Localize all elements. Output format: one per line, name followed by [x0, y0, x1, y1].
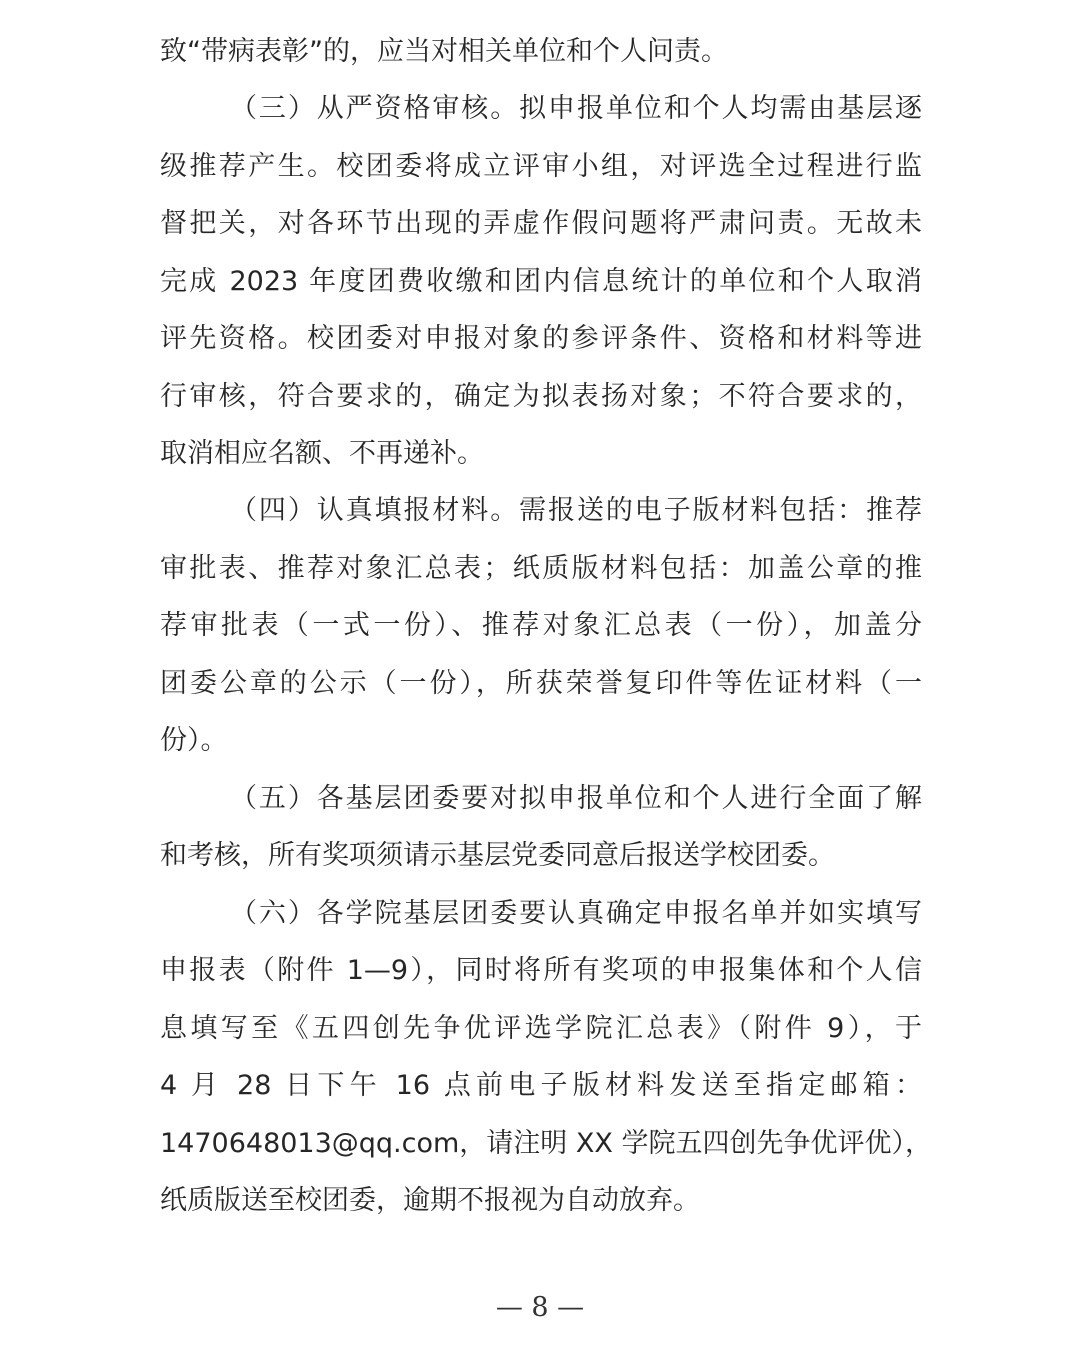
text-line: 级推荐产生。校团委将成立评审小组，对评选全过程进行监 [160, 147, 922, 187]
text-line: 审批表、推荐对象汇总表；纸质版材料包括：加盖公章的推 [160, 549, 922, 589]
page-number: — 8 — [0, 1288, 1080, 1328]
text-line: 取消相应名额、不再递补。 [160, 434, 922, 474]
text-line: 完成 2023 年度团费收缴和团内信息统计的单位和个人取消 [160, 262, 922, 302]
paragraph-3-heading-line: （三）从严资格审核。拟申报单位和个人均需由基层逐 [230, 89, 922, 129]
text-line: 评先资格。校团委对申报对象的参评条件、资格和材料等进 [160, 319, 922, 359]
text-line: 4 月 28 日下午 16 点前电子版材料发送至指定邮箱： [160, 1066, 922, 1106]
paragraph-6-heading-line: （六）各学院基层团委要认真确定申报名单并如实填写 [230, 894, 922, 934]
paragraph-5-heading-line: （五）各基层团委要对拟申报单位和个人进行全面了解 [230, 779, 922, 819]
text-line: 纸质版送至校团委，逾期不报视为自动放弃。 [160, 1181, 922, 1221]
document-page: 致“带病表彰”的，应当对相关单位和个人问责。 （三）从严资格审核。拟申报单位和个… [0, 0, 1080, 1354]
text-line: 团委公章的公示（一份），所获荣誉复印件等佐证材料（一 [160, 664, 922, 704]
text-line: 息填写至《五四创先争优评选学院汇总表》（附件 9），于 [160, 1009, 922, 1049]
email-line: 1470648013@qq.com，请注明 XX 学院五四创先争优评优）， [160, 1124, 922, 1164]
text-line: 行审核，符合要求的，确定为拟表扬对象；不符合要求的， [160, 377, 922, 417]
text-line: 荐审批表（一式一份）、推荐对象汇总表（一份），加盖分 [160, 606, 922, 646]
text-line: 和考核，所有奖项须请示基层党委同意后报送学校团委。 [160, 836, 922, 876]
text-line: 督把关，对各环节出现的弄虚作假问题将严肃问责。无故未 [160, 204, 922, 244]
paragraph-4-heading-line: （四）认真填报材料。需报送的电子版材料包括：推荐 [230, 491, 922, 531]
text-line: 份）。 [160, 721, 922, 761]
text-line: 申报表（附件 1—9），同时将所有奖项的申报集体和个人信 [160, 951, 922, 991]
text-line: 致“带病表彰”的，应当对相关单位和个人问责。 [160, 32, 922, 72]
